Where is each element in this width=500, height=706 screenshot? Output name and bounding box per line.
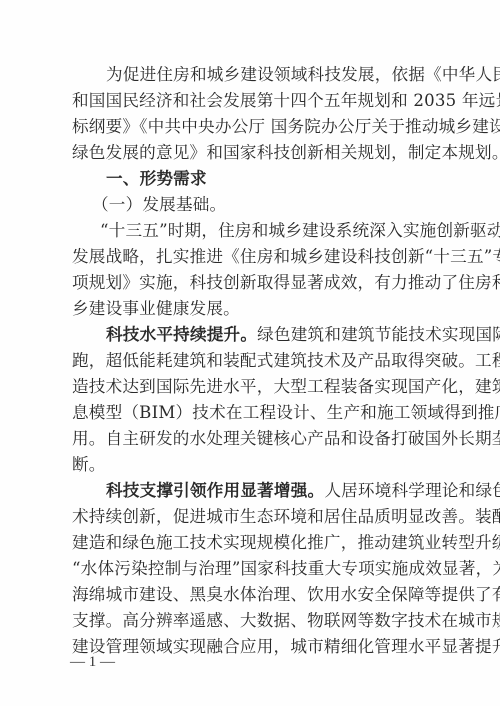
paragraph-3-line-6: 支撑。高分辨率遥感、大数据、物联网等数字技术在城市规划 bbox=[72, 608, 428, 634]
paragraph-3-line-1: 科技支撑引领作用显著增强。人居环境科学理论和绿色技 bbox=[106, 478, 428, 504]
section-heading: 一、形势需求 bbox=[106, 166, 466, 192]
paragraph-2-line-2: 跑，超低能耗建筑和装配式建筑技术及产品取得突破。工程建 bbox=[72, 348, 428, 374]
paragraph-2-line-1: 科技水平持续提升。绿色建筑和建筑节能技术实现国际并 bbox=[106, 322, 428, 348]
intro-line-4: 绿色发展的意见》和国家科技创新相关规划，制定本规划。 bbox=[72, 140, 432, 166]
paragraph-3-line-2: 术持续创新，促进城市生态环境和居住品质明显改善。装配式 bbox=[72, 504, 428, 530]
paragraph-2-line-6: 断。 bbox=[72, 452, 432, 478]
paragraph-2-lead: 科技水平持续提升。 bbox=[106, 322, 257, 348]
paragraph-3-line-7: 建设管理领域实现融合应用，城市精细化管理水平显著提升。 bbox=[72, 634, 428, 660]
paragraph-2-line-3: 造技术达到国际先进水平，大型工程装备实现国产化，建筑信 bbox=[72, 374, 428, 400]
intro-line-3: 标纲要》《中共中央办公厅 国务院办公厅关于推动城乡建设 bbox=[72, 114, 428, 140]
paragraph-3-line-3: 建造和绿色施工技术实现规模化推广，推动建筑业转型升级。 bbox=[72, 530, 428, 556]
paragraph-3-line-5: 海绵城市建设、黑臭水体治理、饮用水安全保障等提供了有力 bbox=[72, 582, 428, 608]
paragraph-3-line-4: “水体污染控制与治理”国家科技重大专项实施成效显著，为 bbox=[72, 556, 428, 582]
paragraph-1-line-3: 项规划》实施，科技创新取得显著成效，有力推动了住房和城 bbox=[72, 270, 428, 296]
subsection-heading: （一）发展基础。 bbox=[92, 192, 452, 218]
paragraph-2-first-line-rest: 绿色建筑和建筑节能技术实现国际并 bbox=[257, 322, 500, 348]
intro-line-2: 和国国民经济和社会发展第十四个五年规划和 2035 年远景目 bbox=[72, 88, 428, 114]
paragraph-2-line-5: 用。自主研发的水处理关键核心产品和设备打破国外长期垄 bbox=[72, 426, 428, 452]
paragraph-2-line-4: 息模型（BIM）技术在工程设计、生产和施工领域得到推广应 bbox=[72, 400, 428, 426]
paragraph-1-line-4: 乡建设事业健康发展。 bbox=[72, 296, 432, 322]
paragraph-3-lead: 科技支撑引领作用显著增强。 bbox=[106, 478, 324, 504]
paragraph-1-line-2: 发展战略，扎实推进《住房和城乡建设科技创新“十三五”专 bbox=[72, 244, 428, 270]
page-number: — 1 — bbox=[70, 652, 115, 672]
paragraph-1-line-1: “十三五”时期，住房和城乡建设系统深入实施创新驱动 bbox=[100, 218, 428, 244]
intro-line-1: 为促进住房和城乡建设领域科技发展，依据《中华人民共 bbox=[106, 62, 428, 88]
paragraph-3-first-line-rest: 人居环境科学理论和绿色技 bbox=[324, 478, 500, 504]
document-page: 为促进住房和城乡建设领域科技发展，依据《中华人民共 和国国民经济和社会发展第十四… bbox=[0, 0, 500, 706]
